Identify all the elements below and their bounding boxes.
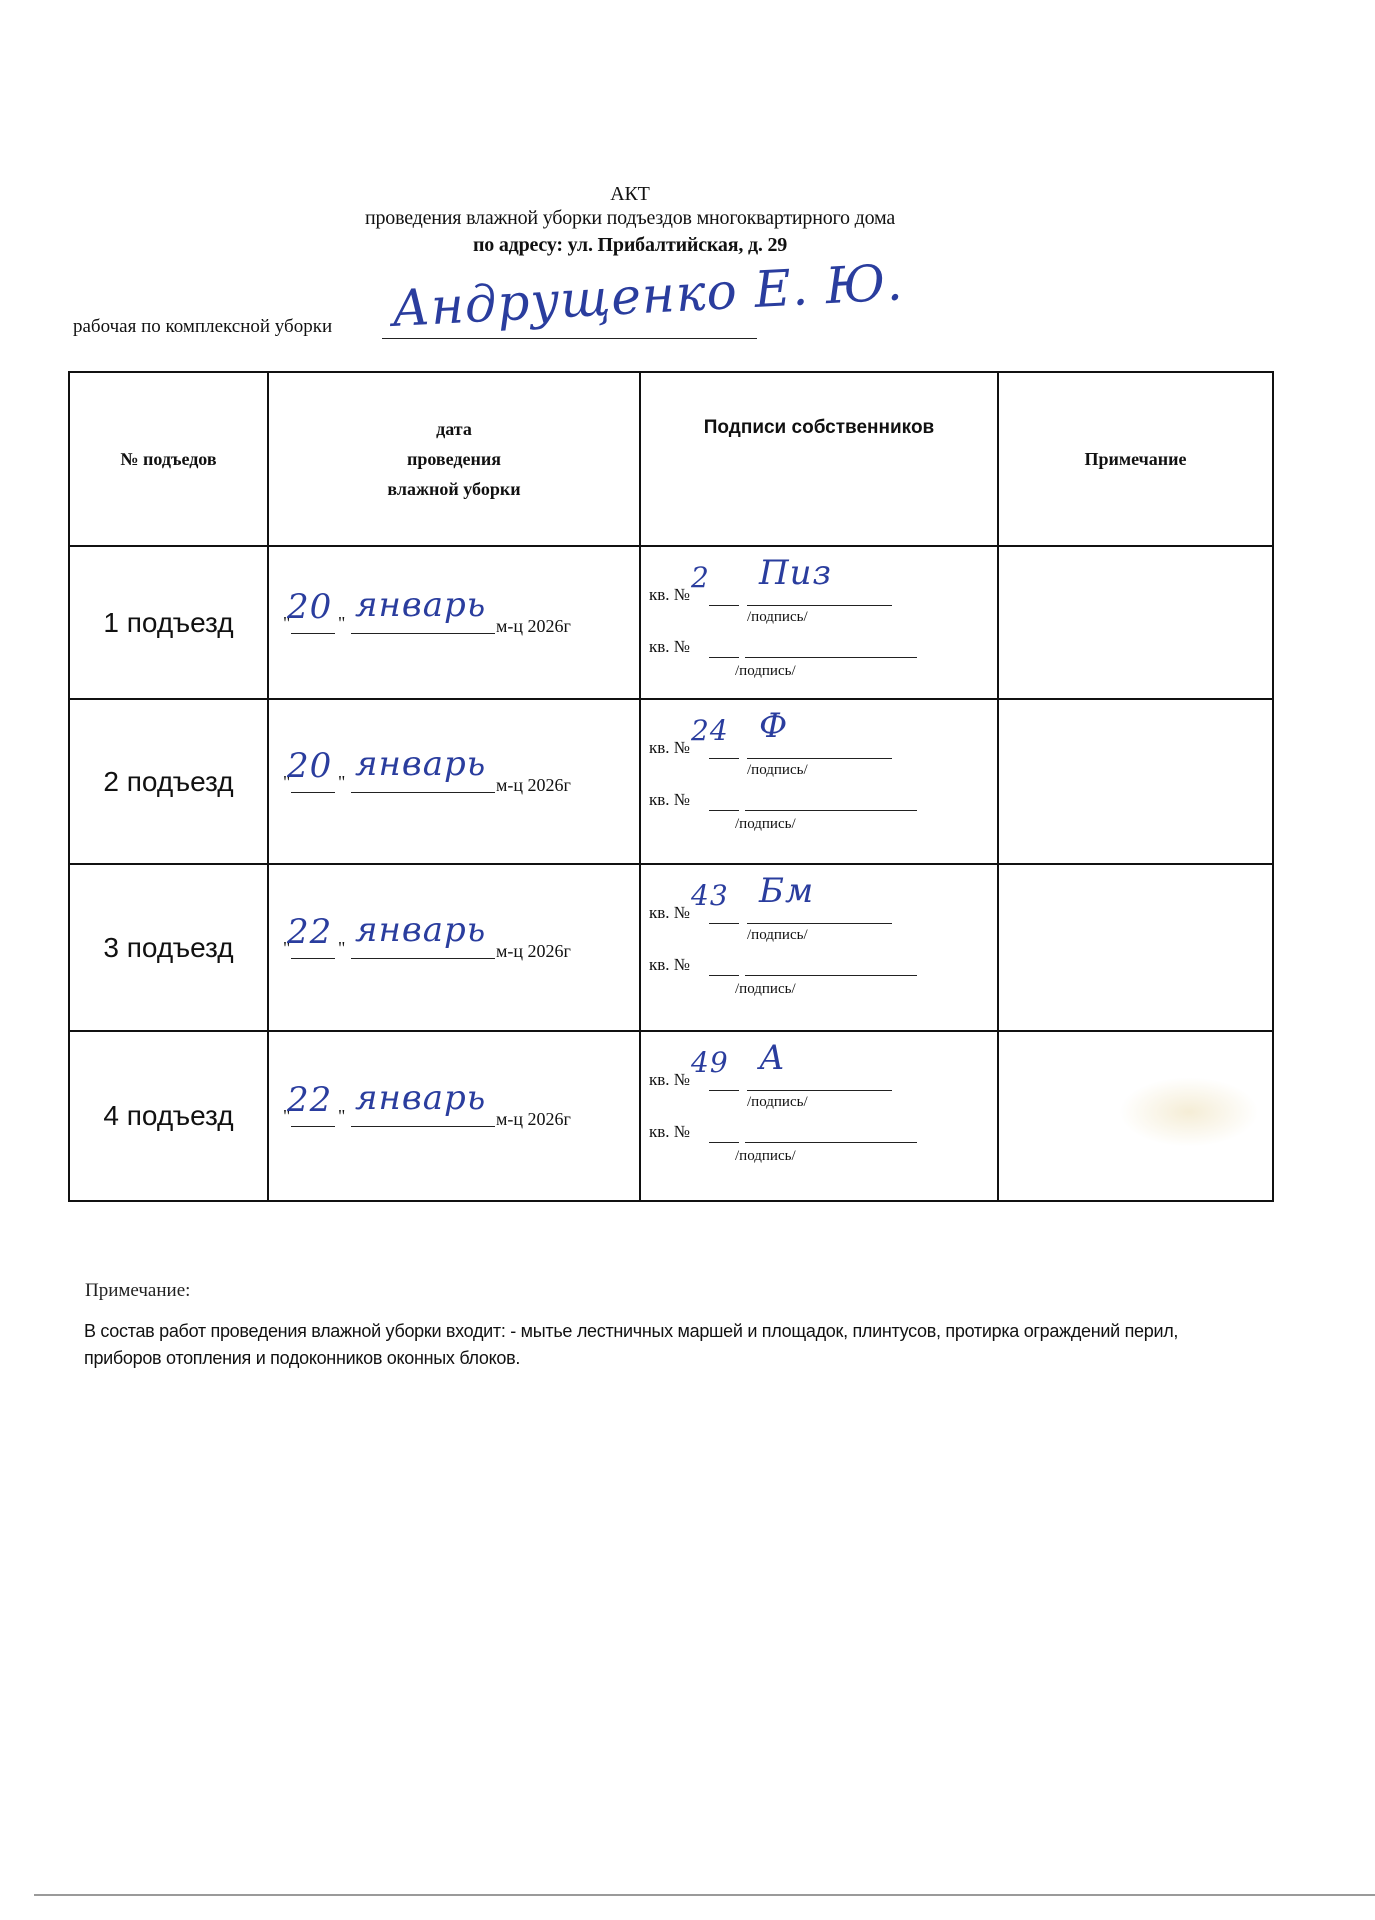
handwritten-apartment-number: 2 <box>691 561 710 594</box>
signature-caption-1: /подпись/ <box>747 609 808 626</box>
table-row-1: 1 подъезд " " м-ц 2026г 20 январь кв. № … <box>69 546 1273 699</box>
apartment-label-2: кв. № <box>649 790 690 810</box>
date-suffix: м-ц 2026г <box>496 616 571 637</box>
note-cell <box>998 1031 1273 1201</box>
date-cell: " " м-ц 2026г 20 январь <box>268 699 640 864</box>
apartment-blank-2 <box>709 975 739 976</box>
date-cell: " " м-ц 2026г 22 январь <box>268 864 640 1031</box>
note-cell <box>998 864 1273 1031</box>
signature-blank-1 <box>747 1090 892 1091</box>
entrance-cell: 4 подъезд <box>69 1031 268 1201</box>
apartment-blank-1 <box>709 758 739 759</box>
handwritten-owner-signature: Пиз <box>759 553 832 593</box>
entrance-label: 1 подъезд <box>103 607 233 638</box>
signature-caption-2: /подпись/ <box>735 663 796 680</box>
apartment-blank-1 <box>709 923 739 924</box>
entrance-label: 2 подъезд <box>103 766 233 797</box>
month-blank <box>351 1126 495 1127</box>
header-date: дата проведения влажной уборки <box>268 372 640 546</box>
date-cell: " " м-ц 2026г 22 январь <box>268 1031 640 1201</box>
table-row-2: 2 подъезд " " м-ц 2026г 20 январь кв. № … <box>69 699 1273 864</box>
signature-block: кв. № /подпись/ кв. № /подпись/ 49 А <box>649 1032 989 1200</box>
header-note: Примечание <box>998 372 1273 546</box>
signature-caption-2: /подпись/ <box>735 1148 796 1165</box>
header-date-line-2: проведения <box>269 444 639 474</box>
signatures-cell: кв. № /подпись/ кв. № /подпись/ 24 Ф <box>640 699 998 864</box>
date-field: " " м-ц 2026г 22 январь <box>283 918 633 978</box>
day-blank <box>291 958 335 959</box>
handwritten-owner-signature: Ф <box>759 706 788 746</box>
apartment-blank-1 <box>709 605 739 606</box>
signatures-cell: кв. № /подпись/ кв. № /подпись/ 2 Пиз <box>640 546 998 699</box>
apartment-label-1: кв. № <box>649 903 690 923</box>
date-suffix: м-ц 2026г <box>496 1109 571 1130</box>
date-field: " " м-ц 2026г 22 январь <box>283 1086 633 1146</box>
signature-caption-1: /подпись/ <box>747 1094 808 1111</box>
month-blank <box>351 792 495 793</box>
day-blank <box>291 633 335 634</box>
signature-blank-1 <box>747 758 892 759</box>
cleaning-act-table: № подъедов дата проведения влажной уборк… <box>68 371 1274 1202</box>
date-field: " " м-ц 2026г 20 январь <box>283 593 633 653</box>
entrance-cell: 2 подъезд <box>69 699 268 864</box>
paper-stain <box>1119 1077 1259 1147</box>
signature-caption-1: /подпись/ <box>747 927 808 944</box>
month-blank <box>351 633 495 634</box>
entrance-cell: 1 подъезд <box>69 546 268 699</box>
footer-note-label: Примечание: <box>85 1280 190 1302</box>
signature-caption-2: /подпись/ <box>735 981 796 998</box>
footer-note-body: В состав работ проведения влажной уборки… <box>84 1318 1244 1372</box>
signature-block: кв. № /подпись/ кв. № /подпись/ 2 Пиз <box>649 547 989 698</box>
signature-caption-2: /подпись/ <box>735 816 796 833</box>
document-subtitle: проведения влажной уборки подъездов мног… <box>0 206 1260 230</box>
day-blank <box>291 1126 335 1127</box>
entrance-label: 3 подъезд <box>103 932 233 963</box>
handwritten-day: 22 <box>287 1080 332 1120</box>
signature-block: кв. № /подпись/ кв. № /подпись/ 43 Бм <box>649 865 989 1030</box>
signature-blank-2 <box>745 657 917 658</box>
note-cell <box>998 699 1273 864</box>
apartment-blank-1 <box>709 1090 739 1091</box>
document-address: по адресу: ул. Прибалтийская, д. 29 <box>0 233 1260 257</box>
entrance-cell: 3 подъезд <box>69 864 268 1031</box>
apartment-blank-2 <box>709 810 739 811</box>
close-quote: " <box>338 938 345 959</box>
apartment-label-2: кв. № <box>649 955 690 975</box>
apartment-label-1: кв. № <box>649 585 690 605</box>
signatures-cell: кв. № /подпись/ кв. № /подпись/ 43 Бм <box>640 864 998 1031</box>
table-row-3: 3 подъезд " " м-ц 2026г 22 январь кв. № … <box>69 864 1273 1031</box>
header-signatures: Подписи собственников <box>640 372 998 546</box>
date-field: " " м-ц 2026г 20 январь <box>283 752 633 812</box>
worker-handwritten-signature: Андрущенко Е. Ю. <box>390 253 904 338</box>
entrance-label: 4 подъезд <box>103 1100 233 1131</box>
document-title: АКТ <box>0 182 1260 206</box>
date-cell: " " м-ц 2026г 20 январь <box>268 546 640 699</box>
apartment-label-2: кв. № <box>649 1122 690 1142</box>
signature-block: кв. № /подпись/ кв. № /подпись/ 24 Ф <box>649 700 989 863</box>
signature-blank-1 <box>747 923 892 924</box>
handwritten-day: 20 <box>287 746 332 786</box>
header-date-line-3: влажной уборки <box>269 474 639 504</box>
apartment-blank-2 <box>709 657 739 658</box>
table-row-4: 4 подъезд " " м-ц 2026г 22 январь кв. № … <box>69 1031 1273 1201</box>
close-quote: " <box>338 1106 345 1127</box>
handwritten-apartment-number: 49 <box>691 1046 729 1079</box>
handwritten-day: 20 <box>287 587 332 627</box>
apartment-blank-2 <box>709 1142 739 1143</box>
bottom-rule <box>34 1894 1375 1896</box>
day-blank <box>291 792 335 793</box>
handwritten-owner-signature: А <box>759 1038 786 1078</box>
handwritten-apartment-number: 24 <box>691 714 729 747</box>
signature-blank-2 <box>745 810 917 811</box>
handwritten-apartment-number: 43 <box>691 879 729 912</box>
note-cell <box>998 546 1273 699</box>
worker-label: рабочая по комплексной уборки <box>73 316 332 338</box>
signature-caption-1: /подпись/ <box>747 762 808 779</box>
header-entrance: № подъедов <box>69 372 268 546</box>
date-suffix: м-ц 2026г <box>496 775 571 796</box>
close-quote: " <box>338 772 345 793</box>
apartment-label-1: кв. № <box>649 738 690 758</box>
handwritten-month: январь <box>355 1078 486 1118</box>
handwritten-month: январь <box>355 744 486 784</box>
month-blank <box>351 958 495 959</box>
handwritten-month: январь <box>355 585 486 625</box>
handwritten-month: январь <box>355 910 486 950</box>
handwritten-owner-signature: Бм <box>759 871 814 911</box>
worker-signature-line <box>382 338 757 339</box>
apartment-label-1: кв. № <box>649 1070 690 1090</box>
signature-blank-2 <box>745 1142 917 1143</box>
date-suffix: м-ц 2026г <box>496 941 571 962</box>
apartment-label-2: кв. № <box>649 637 690 657</box>
signatures-cell: кв. № /подпись/ кв. № /подпись/ 49 А <box>640 1031 998 1201</box>
close-quote: " <box>338 613 345 634</box>
handwritten-day: 22 <box>287 912 332 952</box>
signature-blank-2 <box>745 975 917 976</box>
header-date-line-1: дата <box>269 414 639 444</box>
signature-blank-1 <box>747 605 892 606</box>
table-header-row: № подъедов дата проведения влажной уборк… <box>69 372 1273 546</box>
